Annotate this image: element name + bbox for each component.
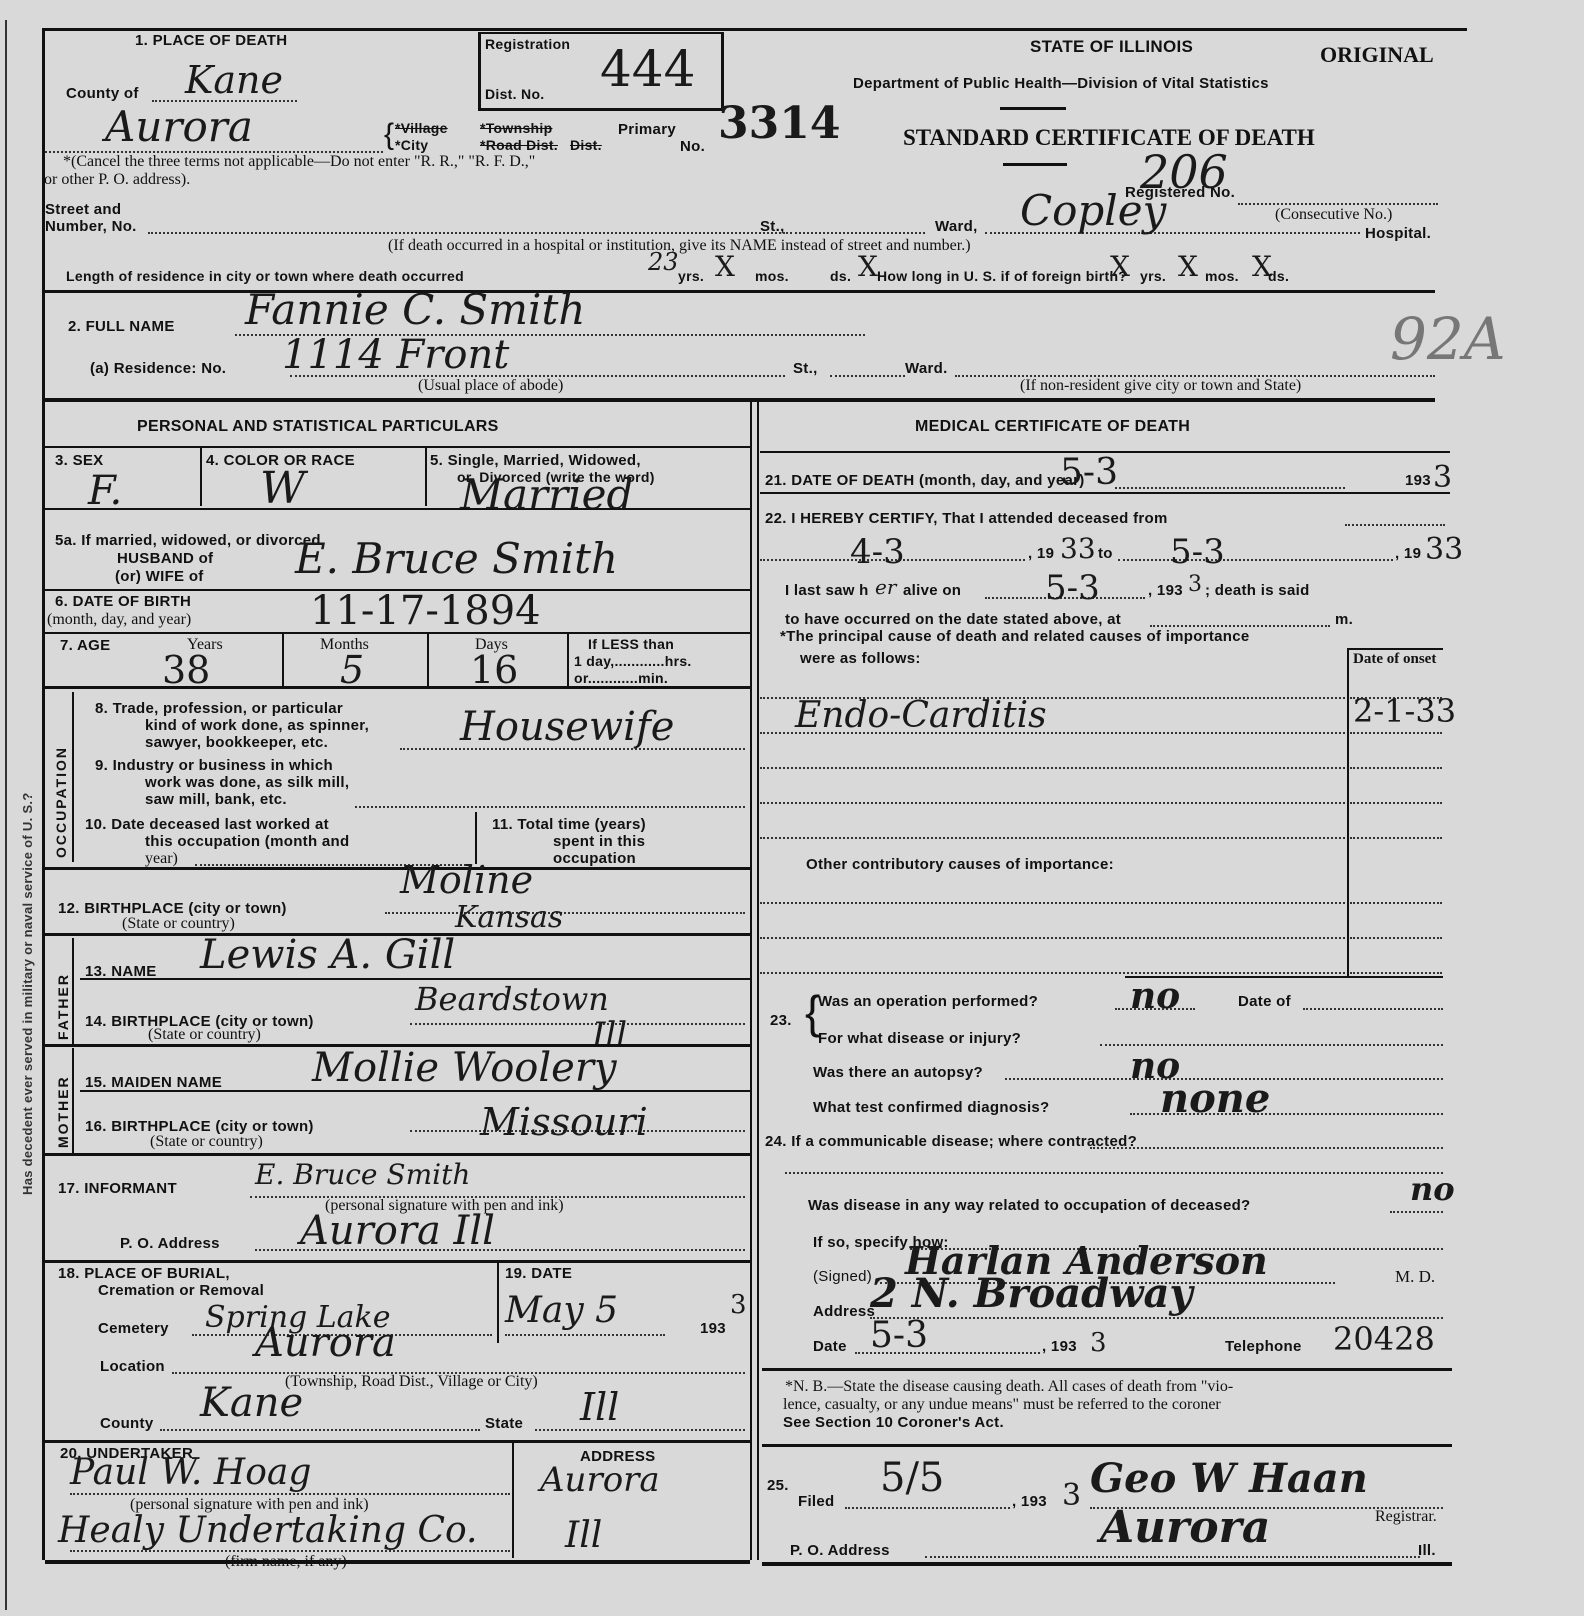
date-of-death-label: 21. DATE OF DEATH (month, day, and year): [765, 472, 1085, 489]
burial-year-prefix: 193: [700, 1320, 726, 1337]
registration-label: Registration: [485, 36, 570, 52]
date-of-label: Date of: [1238, 993, 1291, 1010]
full-name-value: Fannie C. Smith: [245, 285, 585, 334]
md-label: M. D.: [1395, 1267, 1435, 1287]
onset-line: [1350, 732, 1442, 734]
burial-date-line: [505, 1334, 665, 1336]
divider: [72, 938, 74, 1044]
divider: [72, 692, 74, 862]
form-top-border: [42, 28, 1467, 31]
onset-line: [1350, 837, 1442, 839]
trade-label-2: kind of work done, as spinner,: [145, 717, 369, 734]
burial-label-1: 18. PLACE OF BURIAL,: [58, 1265, 230, 1282]
alive-year-prefix: , 193: [1148, 582, 1183, 599]
cancel-note: *(Cancel the three terms not applicable—…: [63, 153, 535, 171]
date-of-death-line: [1115, 487, 1345, 489]
dist-no-label: Dist. No.: [485, 86, 544, 102]
follows-label: were as follows:: [800, 650, 921, 667]
physician-year: 3: [1090, 1328, 1107, 1358]
spouse-value: E. Bruce Smith: [295, 534, 618, 583]
outer-left-border: [5, 20, 7, 1610]
marital-value: Married: [460, 470, 633, 519]
attended-from-year: 33: [1060, 532, 1096, 565]
trade-label-1: 8. Trade, profession, or particular: [95, 700, 343, 717]
birthplace-sub: (State or country): [122, 915, 235, 933]
certificate-title: STANDARD CERTIFICATE OF DEATH: [903, 125, 1315, 151]
burial-date-value: May 5: [505, 1290, 618, 1331]
occupation-related-value: no: [1410, 1170, 1455, 1208]
physician-date-label: Date: [813, 1338, 847, 1355]
test-label: What test confirmed diagnosis?: [813, 1099, 1050, 1116]
residence-label: (a) Residence: No.: [90, 360, 226, 377]
registrar-label: Registrar.: [1375, 1508, 1437, 1526]
nb-note-3: See Section 10 Coroner's Act.: [783, 1414, 1004, 1431]
race-value: W: [260, 463, 305, 514]
us-yrs-value: X: [1110, 250, 1130, 283]
medical-heading: MEDICAL CERTIFICATE OF DEATH: [915, 418, 1190, 436]
burial-state-line: [535, 1429, 745, 1431]
residence-value: 1114 Front: [282, 332, 509, 378]
undertaker-address-value-2: Ill: [565, 1515, 602, 1556]
hospital-value: Copley: [1020, 186, 1166, 235]
death-said-label: ; death is said: [1205, 582, 1310, 599]
informant-po-label: P. O. Address: [120, 1235, 220, 1252]
principal-label: *The principal cause of death and relate…: [780, 628, 1250, 645]
spouse-label-1: 5a. If married, widowed, or divorced: [55, 532, 321, 549]
divider: [45, 632, 750, 634]
divider: [45, 1440, 750, 1443]
divider: [72, 1048, 74, 1153]
undertaker-address-value-1: Aurora: [540, 1460, 660, 1500]
test-value: none: [1160, 1075, 1270, 1122]
filed-year: 3: [1062, 1478, 1081, 1513]
date-onset-label: Date of onset: [1353, 651, 1436, 668]
registered-no-line: [1238, 203, 1438, 205]
residence-ward-label: Ward.: [905, 360, 948, 377]
saw-pronoun: er: [875, 575, 896, 599]
onset-line: [1350, 937, 1442, 939]
father-birthplace-sub: (State or country): [148, 1026, 261, 1044]
onset-line: [1350, 902, 1442, 904]
father-birthplace-city: Beardstown: [415, 980, 609, 1018]
date-of-line: [1303, 1008, 1443, 1010]
to-label: to: [1098, 545, 1113, 562]
informant-label: 17. INFORMANT: [58, 1180, 177, 1197]
physician-address-value: 2 N. Broadway: [870, 1270, 1193, 1317]
burial-county-label: County: [100, 1415, 153, 1432]
us-mos-value: X: [1178, 250, 1198, 283]
undertaker-line: [70, 1493, 510, 1495]
physician-year-prefix: , 193: [1042, 1338, 1077, 1355]
county-value: Kane: [185, 58, 283, 102]
burial-county-line: [160, 1429, 480, 1431]
comma-year-prefix: , 19: [1395, 545, 1421, 562]
burial-state-label: State: [485, 1415, 523, 1432]
communicable-label: 24. If a communicable disease; where con…: [765, 1133, 1137, 1150]
industry-label-1: 9. Industry or business in which: [95, 757, 333, 774]
ward-label: Ward,: [935, 218, 978, 235]
ward-line: [790, 232, 925, 234]
date-of-death-value: 5-3: [1060, 452, 1118, 493]
industry-line: [355, 806, 745, 808]
divider: [45, 446, 750, 448]
less-label-1: If LESS than: [588, 636, 674, 652]
mother-name-value: Mollie Woolery: [312, 1045, 617, 1091]
county-label: County of: [66, 85, 139, 102]
hospital-label: Hospital.: [1365, 225, 1431, 242]
divider: [45, 508, 750, 510]
burial-date-label: 19. DATE: [505, 1265, 572, 1282]
state-heading: STATE OF ILLINOIS: [1030, 37, 1193, 57]
burial-label-2: Cremation or Removal: [98, 1282, 264, 1299]
residence-ds-label: ds.: [830, 268, 851, 284]
divider: [1003, 163, 1067, 166]
alive-year: 3: [1188, 572, 1202, 597]
industry-label-2: work was done, as silk mill,: [145, 774, 349, 791]
residence-yrs-label: yrs.: [678, 268, 704, 284]
cemetery-label: Cemetery: [98, 1320, 169, 1337]
divider: [1000, 107, 1066, 110]
mother-birthplace-sub: (State or country): [150, 1133, 263, 1151]
nb-note-2: lence, casualty, or any undue means" mus…: [783, 1396, 1221, 1414]
original-mark: ORIGINAL: [1320, 42, 1434, 68]
divider: [45, 1153, 750, 1156]
divider: [512, 1443, 514, 1558]
marital-label-1: 5. Single, Married, Widowed,: [430, 452, 641, 469]
us-ds-label: ds.: [1268, 268, 1289, 284]
department-heading: Department of Public Health—Division of …: [853, 75, 1269, 92]
cancel-note-2: or other P. O. address).: [44, 171, 190, 189]
birthplace-line: [385, 912, 745, 914]
divider: [567, 634, 569, 686]
registrar-signature: Geo W Haan: [1090, 1455, 1368, 1502]
residence-length-label: Length of residence in city or town wher…: [66, 268, 464, 284]
firm-value: Healy Undertaking Co.: [58, 1510, 478, 1551]
divider: [762, 1562, 1452, 1566]
divider: [762, 1444, 1452, 1447]
age-label: 7. AGE: [60, 637, 110, 654]
location-value: Aurora: [255, 1320, 396, 1366]
cause-line: [760, 837, 1345, 839]
birthplace-state: Kansas: [455, 900, 563, 935]
attended-to-line: [1118, 559, 1393, 561]
primary-no-value: 3314: [718, 98, 840, 149]
residence-mos-value: X: [715, 250, 735, 283]
ill-label: Ill.: [1418, 1542, 1436, 1559]
occurred-label: to have occurred on the date stated abov…: [785, 611, 1121, 628]
other-line: [760, 902, 1345, 904]
divider: [45, 686, 750, 689]
other-line: [760, 937, 1345, 939]
residence-mos-label: mos.: [755, 268, 789, 284]
date-of-death-year-prefix: 193: [1405, 472, 1431, 489]
divider: [497, 1263, 499, 1343]
autopsy-label: Was there an autopsy?: [813, 1064, 983, 1081]
divider: [762, 1368, 1452, 1371]
last-worked-label-1: 10. Date deceased last worked at: [85, 816, 329, 833]
location-label: Location: [100, 1358, 165, 1375]
occurred-line: [1150, 625, 1330, 627]
cause-line: [760, 767, 1345, 769]
informant-value: E. Bruce Smith: [255, 1158, 470, 1191]
operation-value: no: [1130, 975, 1180, 1017]
consecutive-no-note: (Consecutive No.): [1275, 206, 1392, 224]
us-mos-label: mos.: [1205, 268, 1239, 284]
filed-year-prefix: , 193: [1012, 1493, 1047, 1510]
us-yrs-label: yrs.: [1140, 268, 1166, 284]
occupation-related-line: [1390, 1211, 1443, 1213]
filed-label: Filed: [798, 1493, 835, 1510]
attended-to-value: 5-3: [1170, 532, 1225, 572]
street-label-1: Street and: [45, 201, 121, 218]
trade-label-3: sawyer, bookkeeper, etc.: [145, 734, 328, 751]
spouse-label-2: HUSBAND of: [117, 550, 213, 567]
registrar-po-label: P. O. Address: [790, 1542, 890, 1559]
certify-line: [1345, 524, 1445, 526]
last-worked-label-2: this occupation (month and: [145, 833, 349, 850]
divider: [427, 634, 429, 686]
telephone-label: Telephone: [1225, 1338, 1302, 1355]
q23-number: 23.: [770, 1012, 792, 1029]
primary-label: Primary: [618, 121, 676, 138]
dob-value: 11-17-1894: [310, 588, 541, 634]
onset-line: [1350, 802, 1442, 804]
city-value: Aurora: [105, 102, 253, 151]
filed-line: [845, 1507, 1010, 1509]
physician-address-label: Address: [813, 1303, 875, 1320]
residence-st-label: St.,: [793, 360, 818, 377]
column-divider: [750, 402, 752, 1560]
trade-value: Housewife: [460, 704, 674, 750]
physician-date-value: 5-3: [870, 1315, 928, 1356]
place-of-death-label: 1. PLACE OF DEATH: [135, 32, 287, 49]
divider: [80, 1090, 750, 1092]
attended-from-value: 4-3: [850, 532, 905, 572]
divider: [45, 1560, 750, 1564]
hospital-note: (If death occurred in a hospital or inst…: [388, 237, 971, 255]
registrar-po-value: Aurora: [1100, 1502, 1270, 1553]
residence-ds-value: X: [858, 250, 878, 283]
divider: [282, 634, 284, 686]
firm-line: [70, 1550, 510, 1552]
street-line: [148, 232, 788, 234]
street-st-label: St.,: [760, 218, 785, 235]
brace: {: [384, 118, 394, 152]
mother-birthplace-value: Missouri: [480, 1100, 648, 1144]
father-name-value: Lewis A. Gill: [200, 932, 455, 978]
section-divider: [45, 398, 1435, 402]
column-divider: [757, 402, 759, 1560]
residence-ward-line: [830, 375, 905, 377]
operation-label: Was an operation performed?: [818, 993, 1038, 1010]
city-option[interactable]: *City: [395, 137, 428, 153]
burial-state-value: Ill: [580, 1385, 619, 1429]
q25-number: 25.: [767, 1477, 789, 1494]
abode-note: (Usual place of abode): [418, 377, 563, 395]
disease-label: For what disease or injury?: [818, 1030, 1021, 1047]
total-time-label-2: spent in this: [553, 833, 645, 850]
total-time-label-1: 11. Total time (years): [492, 816, 646, 833]
informant-po-value: Aurora Ill: [300, 1208, 495, 1254]
mother-name-label: 15. MAIDEN NAME: [85, 1074, 222, 1091]
dist-no-value: 444: [600, 40, 695, 98]
divider: [425, 448, 427, 506]
communicable-line-2: [785, 1172, 1443, 1174]
burial-county-value: Kane: [200, 1380, 303, 1426]
mother-side-label: MOTHER: [55, 1075, 71, 1148]
registrar-po-line: [925, 1556, 1420, 1558]
telephone-value: 20428: [1333, 1320, 1435, 1358]
physician-address-line: [870, 1317, 1443, 1319]
primary-no-label: No.: [680, 138, 705, 155]
last-worked-label-3: year): [145, 850, 178, 868]
onset-line: [1350, 767, 1442, 769]
military-service-question: Has decedent ever served in military or …: [20, 792, 35, 1195]
dist-option[interactable]: Dist.: [570, 137, 602, 153]
occupation-related-label: Was disease in any way related to occupa…: [808, 1197, 1251, 1214]
undertaker-value: Paul W. Hoag: [70, 1452, 311, 1493]
nb-note-1: *N. B.—State the disease causing death. …: [785, 1378, 1233, 1396]
filing-mark: 92A: [1390, 305, 1506, 373]
divider: [760, 492, 1450, 494]
personal-heading: PERSONAL AND STATISTICAL PARTICULARS: [137, 418, 499, 436]
certify-label: 22. I HEREBY CERTIFY, That I attended de…: [765, 510, 1168, 527]
divider: [45, 1260, 750, 1263]
divider: [1348, 648, 1443, 650]
signed-label: (Signed): [813, 1268, 872, 1285]
m-label: m.: [1335, 611, 1353, 628]
nonresident-note: (If non-resident give city or town and S…: [1020, 377, 1301, 395]
less-label-3: or............min.: [574, 670, 668, 686]
filed-value: 5/5: [880, 1455, 944, 1501]
birthplace-city: Moline: [400, 858, 533, 902]
spouse-label-3: (or) WIFE of: [115, 568, 204, 585]
township-option[interactable]: *Township: [480, 120, 552, 136]
divider: [200, 448, 202, 506]
other-causes-label: Other contributory causes of importance:: [806, 856, 1114, 873]
father-side-label: FATHER: [55, 973, 71, 1040]
dob-label-1: 6. DATE OF BIRTH: [55, 593, 191, 610]
cause-line: [760, 802, 1345, 804]
other-line: [760, 972, 1345, 974]
us-duration-label: How long in U. S. if of foreign birth?: [877, 268, 1127, 284]
alive-label: alive on: [903, 582, 961, 599]
industry-label-3: saw mill, bank, etc.: [145, 791, 287, 808]
alive-value: 5-3: [1045, 568, 1100, 608]
occupation-side-label: OCCUPATION: [53, 746, 69, 858]
total-time-label-3: occupation: [553, 850, 636, 867]
dob-label-2: (month, day, and year): [47, 611, 191, 629]
onset-line: [1350, 972, 1442, 974]
residence-years-value: 23: [648, 248, 679, 276]
divider: [475, 812, 477, 864]
communicable-line: [1090, 1147, 1443, 1149]
saw-label: I last saw h: [785, 582, 869, 599]
sex-label: 3. SEX: [55, 452, 104, 469]
onset-value: 2-1-33: [1353, 692, 1456, 730]
divider: [45, 867, 750, 870]
village-option[interactable]: *Village: [395, 120, 448, 136]
onset-column-divider: [1347, 648, 1349, 978]
location-note: (Township, Road Dist., Village or City): [285, 1373, 538, 1391]
full-name-label: 2. FULL NAME: [68, 318, 175, 335]
street-label-2: Number, No.: [45, 218, 137, 235]
less-label-2: 1 day,............hrs.: [574, 653, 692, 669]
father-birthplace-line: [410, 1023, 745, 1025]
burial-year-value: 3: [730, 1290, 747, 1320]
attended-to-year: 33: [1425, 532, 1463, 567]
date-of-death-year: 3: [1433, 460, 1452, 495]
comma-year-prefix: , 19: [1028, 545, 1054, 562]
road-dist-option[interactable]: *Road Dist.: [480, 137, 558, 153]
form-left-border: [42, 30, 45, 1560]
cause-value: Endo-Carditis: [795, 695, 1047, 736]
